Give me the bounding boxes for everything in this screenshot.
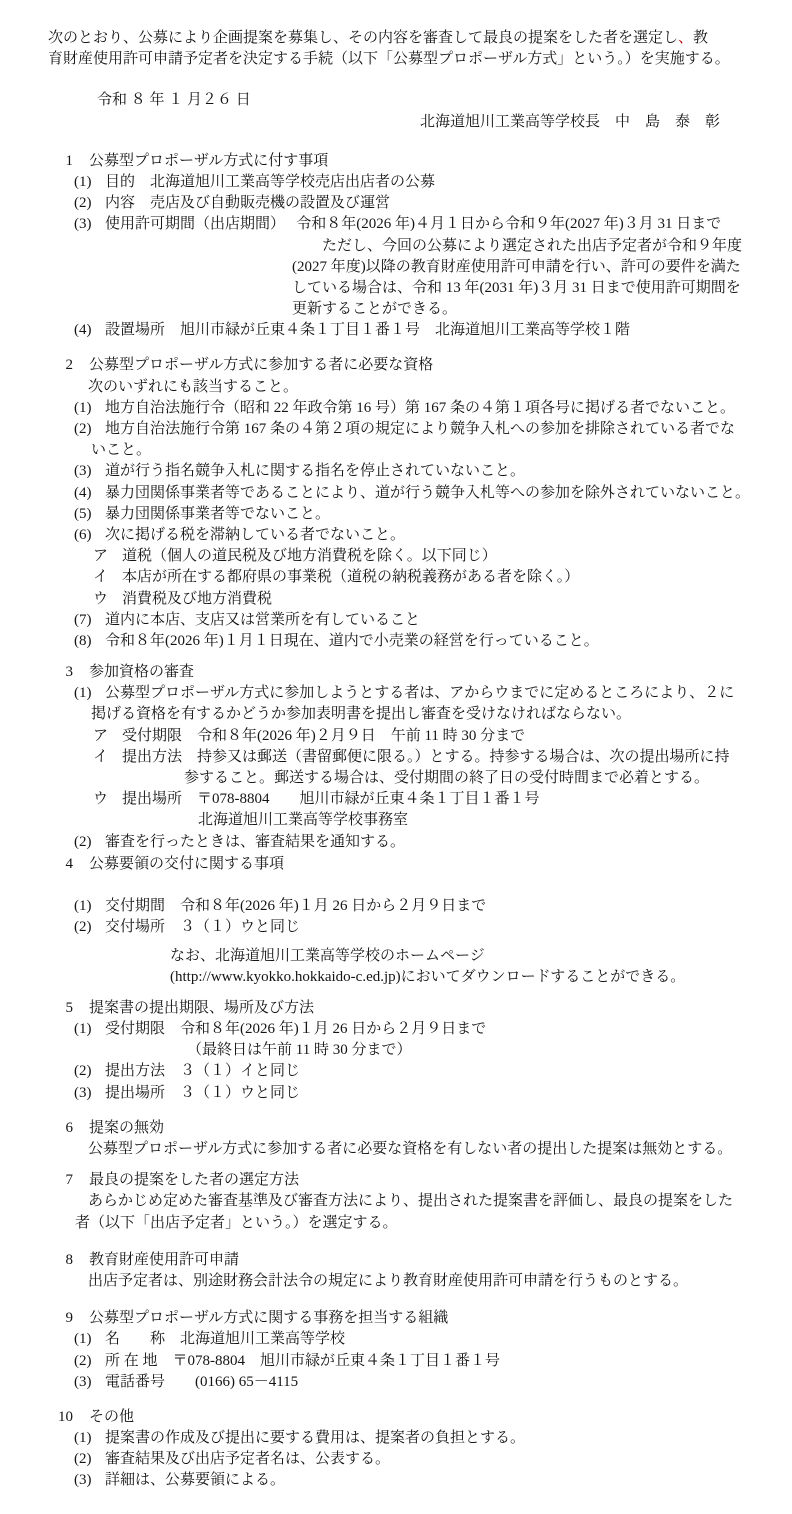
item-marker: ア [93,546,122,567]
section-9-heading: 9公募型プロポーザル方式に関する事務を担当する組織 [0,1308,792,1329]
item-text: 消費税及び地方消費税 [122,591,272,607]
intro-text-tail: 教 [693,30,708,46]
section-number: 8 [47,1250,73,1271]
item-marker: (1) [74,398,105,419]
list-item: (3)使用許可期間（出店期間） 令和８年(2026 年)４月１日から令和９年(2… [74,214,792,235]
item-text: 提出方法 ３（１）イと同じ [105,1063,300,1079]
item-marker: (5) [74,504,105,525]
section-6-heading: 6提案の無効 [0,1118,792,1139]
list-item: (7)道内に本店、支店又は営業所を有していること [74,610,792,631]
section-title: 参加資格の審査 [89,664,194,680]
section-number: 10 [47,1407,73,1428]
section-title: 提案書の提出期限、場所及び方法 [89,1000,314,1016]
item-marker: (3) [74,461,105,482]
list-item: (4)設置場所 旭川市緑が丘東４条１丁目１番１号 北海道旭川工業高等学校１階 [74,320,792,341]
body-line: あらかじめ定めた審査基準及び審査方法により、提出された提案書を評価し、最良の提案… [88,1191,792,1212]
item-text: 本店が所在する都府県の事業税（道税の納税義務がある者を除く。） [122,569,579,585]
list-item: (1)名 称 北海道旭川工業高等学校 [74,1329,792,1350]
section-8-heading: 8教育財産使用許可申請 [0,1250,792,1271]
item-marker: (3) [74,1470,105,1491]
item-marker: (7) [74,610,105,631]
section-number: 7 [47,1170,73,1191]
signature-line: 北海道旭川工業高等学校長 中 島 泰 彰 [420,112,792,133]
item-marker: (2) [74,1061,105,1082]
item-text: 審査結果及び出店予定者名は、公表する。 [105,1451,390,1467]
item-marker: (6) [74,525,105,546]
item-text: 道内に本店、支店又は営業所を有していること [105,612,420,628]
sub-item: イ本店が所在する都府県の事業税（道税の納税義務がある者を除く。） [93,567,792,588]
list-item: (8)令和８年(2026 年)１月１日現在、道内で小売業の経営を行っていること。 [74,631,792,652]
section-3-heading: 3参加資格の審査 [0,662,792,683]
item-marker: (2) [74,1351,105,1372]
item-marker: (2) [74,832,105,853]
item-text: 令和８年(2026 年)１月１日現在、道内で小売業の経営を行っていること。 [105,633,599,649]
item-text: 提出場所 ３（１）ウと同じ [105,1085,300,1101]
sub-item: ウ消費税及び地方消費税 [93,589,792,610]
list-item: (3)提出場所 ３（１）ウと同じ [74,1083,792,1104]
item-text: 暴力団関係事業者等であることにより、道が行う競争入札等への参加を除外されていない… [105,485,750,501]
item-marker: (4) [74,320,105,341]
item-text: 電話番号 (0166) 65－4115 [105,1374,298,1390]
list-item: (4)暴力団関係事業者等であることにより、道が行う競争入札等への参加を除外されて… [74,483,792,504]
item-text: 地方自治法施行令（昭和 22 年政令第 16 号）第 167 条の４第１項各号に… [105,400,735,416]
section-9: 9公募型プロポーザル方式に関する事務を担当する組織 (1)名 称 北海道旭川工業… [0,1308,792,1393]
section-2-heading: 2公募型プロポーザル方式に参加する者に必要な資格 [0,355,792,376]
item-text: 受付期限 令和８年(2026 年)２月９日 午前 11 時 30 分まで [122,728,525,744]
list-item: (2)交付場所 ３（１）ウと同じ [74,917,792,938]
item-marker: イ [93,747,122,768]
section-7: 7最良の提案をした者の選定方法 あらかじめ定めた審査基準及び審査方法により、提出… [0,1170,792,1234]
item-marker: (1) [74,1329,105,1350]
document-page: 次のとおり、公募により企画提案を募集し、その内容を審査して最良の提案をした者を選… [0,0,792,1514]
item-text: 内容 売店及び自動販売機の設置及び運営 [105,195,390,211]
section-lead-line: 次のいずれにも該当すること。 [88,377,792,398]
intro-line-1: 次のとおり、公募により企画提案を募集し、その内容を審査して最良の提案をした者を選… [48,28,792,49]
list-item: (3)電話番号 (0166) 65－4115 [74,1372,792,1393]
item-marker: (1) [74,896,105,917]
section-number: 2 [47,355,73,376]
item-text: 交付期間 令和８年(2026 年)１月 26 日から２月９日まで [105,898,486,914]
section-4: 4公募要領の交付に関する事項 (1)交付期間 令和８年(2026 年)１月 26… [0,854,792,988]
sub-item: ウ提出場所 〒078-8804 旭川市緑が丘東４条１丁目１番１号 [93,789,792,810]
continuation-line: している場合は、令和 13 年(2031 年)３月 31 日まで使用許可期間を [292,278,792,299]
list-item: (2)内容 売店及び自動販売機の設置及び運営 [74,193,792,214]
item-text: 受付期限 令和８年(2026 年)１月 26 日から２月９日まで [105,1021,486,1037]
list-item: (1)地方自治法施行令（昭和 22 年政令第 16 号）第 167 条の４第１項… [74,398,792,419]
section-number: 1 [47,151,73,172]
body-line: 者（以下「出店予定者」という。）を選定する。 [75,1213,792,1234]
section-8: 8教育財産使用許可申請 出店予定者は、別途財務会計法令の規定により教育財産使用許… [0,1250,792,1292]
section-title: 公募要領の交付に関する事項 [89,856,284,872]
note-line-url: (http://www.kyokko.hokkaido-c.ed.jp)において… [170,967,792,988]
continuation-line: 北海道旭川工業高等学校事務室 [198,810,792,831]
section-10: 10その他 (1)提案書の作成及び提出に要する費用は、提案者の負担とする。 (2… [0,1407,792,1492]
item-marker: ウ [93,789,122,810]
item-marker: (1) [74,683,105,704]
list-item: (1)公募型プロポーザル方式に参加しようとする者は、アからウまでに定めるところに… [74,683,792,704]
item-text: 提案書の作成及び提出に要する費用は、提案者の負担とする。 [105,1430,525,1446]
sub-item: ア道税（個人の道民税及び地方消費税を除く。以下同じ） [93,546,792,567]
item-marker: (2) [74,1449,105,1470]
list-item: (5)暴力団関係事業者等でないこと。 [74,504,792,525]
item-text: 設置場所 旭川市緑が丘東４条１丁目１番１号 北海道旭川工業高等学校１階 [105,322,630,338]
note-line: なお、北海道旭川工業高等学校のホームページ [170,946,792,967]
section-5-heading: 5提案書の提出期限、場所及び方法 [0,998,792,1019]
continuation-line: （最終日は午前 11 時 30 分まで） [187,1040,792,1061]
item-text: 提出場所 〒078-8804 旭川市緑が丘東４条１丁目１番１号 [122,791,540,807]
section-7-heading: 7最良の提案をした者の選定方法 [0,1170,792,1191]
sub-item: ア受付期限 令和８年(2026 年)２月９日 午前 11 時 30 分まで [93,726,792,747]
item-marker: (1) [74,172,105,193]
item-marker: (2) [74,419,105,440]
item-marker: (2) [74,917,105,938]
list-item: (2)所 在 地 〒078-8804 旭川市緑が丘東４条１丁目１番１号 [74,1351,792,1372]
section-4-heading: 4公募要領の交付に関する事項 [0,854,792,875]
list-item: (1)受付期限 令和８年(2026 年)１月 26 日から２月９日まで [74,1019,792,1040]
item-text: 道税（個人の道民税及び地方消費税を除く。以下同じ） [122,548,497,564]
list-item: (1)交付期間 令和８年(2026 年)１月 26 日から２月９日まで [74,896,792,917]
item-text: 地方自治法施行令第 167 条の４第２項の規定により競争入札への参加を排除されて… [105,421,735,437]
section-title: 最良の提案をした者の選定方法 [89,1172,299,1188]
item-text: 目的 北海道旭川工業高等学校売店出店者の公募 [105,174,435,190]
list-item: (1)提案書の作成及び提出に要する費用は、提案者の負担とする。 [74,1428,792,1449]
list-item: (3)詳細は、公募要領による。 [74,1470,792,1491]
list-item: (6)次に掲げる税を滞納している者でないこと。 [74,525,792,546]
intro-paragraph: 次のとおり、公募により企画提案を募集し、その内容を審査して最良の提案をした者を選… [0,28,792,70]
section-title: その他 [89,1409,134,1425]
list-item: (2)提出方法 ３（１）イと同じ [74,1061,792,1082]
body-line: 公募型プロポーザル方式に参加する者に必要な資格を有しない者の提出した提案は無効と… [88,1139,792,1160]
section-number: 3 [47,662,73,683]
blank-line [0,875,792,896]
continuation-line: 更新することができる。 [292,299,792,320]
section-title: 公募型プロポーザル方式に関する事務を担当する組織 [89,1310,448,1326]
body-line: 出店予定者は、別途財務会計法令の規定により教育財産使用許可申請を行うものとする。 [88,1271,792,1292]
list-item: (1)目的 北海道旭川工業高等学校売店出店者の公募 [74,172,792,193]
section-title: 教育財産使用許可申請 [89,1252,239,1268]
section-title: 公募型プロポーザル方式に付す事項 [89,153,328,169]
section-3: 3参加資格の審査 (1)公募型プロポーザル方式に参加しようとする者は、アからウま… [0,662,792,853]
item-marker: ア [93,726,122,747]
section-1-heading: 1公募型プロポーザル方式に付す事項 [0,151,792,172]
item-text: 審査を行ったときは、審査結果を通知する。 [105,834,405,850]
item-marker: (8) [74,631,105,652]
sub-item: イ提出方法 持参又は郵送（書留郵便に限る。）とする。持参する場合は、次の提出場所… [93,747,792,768]
item-marker: (1) [74,1428,105,1449]
continuation-line: いこと。 [91,440,792,461]
list-item: (3)道が行う指名競争入札に関する指名を停止されていないこと。 [74,461,792,482]
intro-line-2: 育財産使用許可申請予定者を決定する手続（以下「公募型プロポーザル方式」という。）… [48,49,792,70]
item-text: 次に掲げる税を滞納している者でないこと。 [105,527,405,543]
item-marker: (3) [74,214,105,235]
item-text: 所 在 地 〒078-8804 旭川市緑が丘東４条１丁目１番１号 [105,1353,500,1369]
item-marker: イ [93,567,122,588]
item-marker: (3) [74,1083,105,1104]
item-text: 公募型プロポーザル方式に参加しようとする者は、アからウまでに定めるところにより、… [105,685,734,701]
section-title: 提案の無効 [89,1120,164,1136]
list-item: (2)地方自治法施行令第 167 条の４第２項の規定により競争入札への参加を排除… [74,419,792,440]
date-line: 令和 ８ 年 １ 月２６ 日 [97,90,792,111]
item-text: 名 称 北海道旭川工業高等学校 [105,1331,345,1347]
continuation-line: (2027 年度)以降の教育財産使用許可申請を行い、許可の要件を満た [292,257,792,278]
item-marker: ウ [93,589,122,610]
item-text: 詳細は、公募要領による。 [105,1472,285,1488]
intro-text: 次のとおり、公募により企画提案を募集し、その内容を審査して最良の提案をした者を選… [48,30,678,46]
item-text: 交付場所 ３（１）ウと同じ [105,919,300,935]
item-marker: (2) [74,193,105,214]
section-number: 4 [47,854,73,875]
section-title: 公募型プロポーザル方式に参加する者に必要な資格 [89,357,433,373]
item-text: 暴力団関係事業者等でないこと。 [105,506,330,522]
item-marker: (3) [74,1372,105,1393]
continuation-line: ただし、今回の公募により選定された出店予定者が令和９年度 [322,236,792,257]
section-number: 9 [47,1308,73,1329]
item-marker: (1) [74,1019,105,1040]
section-5: 5提案書の提出期限、場所及び方法 (1)受付期限 令和８年(2026 年)１月 … [0,998,792,1104]
section-number: 6 [47,1118,73,1139]
item-marker: (4) [74,483,105,504]
continuation-line: 参すること。郵送する場合は、受付期間の終了日の受付時間まで必着とする。 [184,768,792,789]
section-2: 2公募型プロポーザル方式に参加する者に必要な資格 次のいずれにも該当すること。 … [0,355,792,652]
continuation-line: 掲げる資格を有するかどうか参加表明書を提出し審査を受けなければならない。 [91,704,792,725]
list-item: (2)審査結果及び出店予定者名は、公表する。 [74,1449,792,1470]
section-10-heading: 10その他 [0,1407,792,1428]
item-text: 提出方法 持参又は郵送（書留郵便に限る。）とする。持参する場合は、次の提出場所に… [122,749,730,765]
item-text: 使用許可期間（出店期間） 令和８年(2026 年)４月１日から令和９年(2027… [105,216,721,232]
item-text: 道が行う指名競争入札に関する指名を停止されていないこと。 [105,463,525,479]
section-6: 6提案の無効 公募型プロポーザル方式に参加する者に必要な資格を有しない者の提出し… [0,1118,792,1160]
section-number: 5 [47,998,73,1019]
list-item: (2)審査を行ったときは、審査結果を通知する。 [74,832,792,853]
section-1: 1公募型プロポーザル方式に付す事項 (1)目的 北海道旭川工業高等学校売店出店者… [0,151,792,342]
red-comma: 、 [678,30,693,46]
